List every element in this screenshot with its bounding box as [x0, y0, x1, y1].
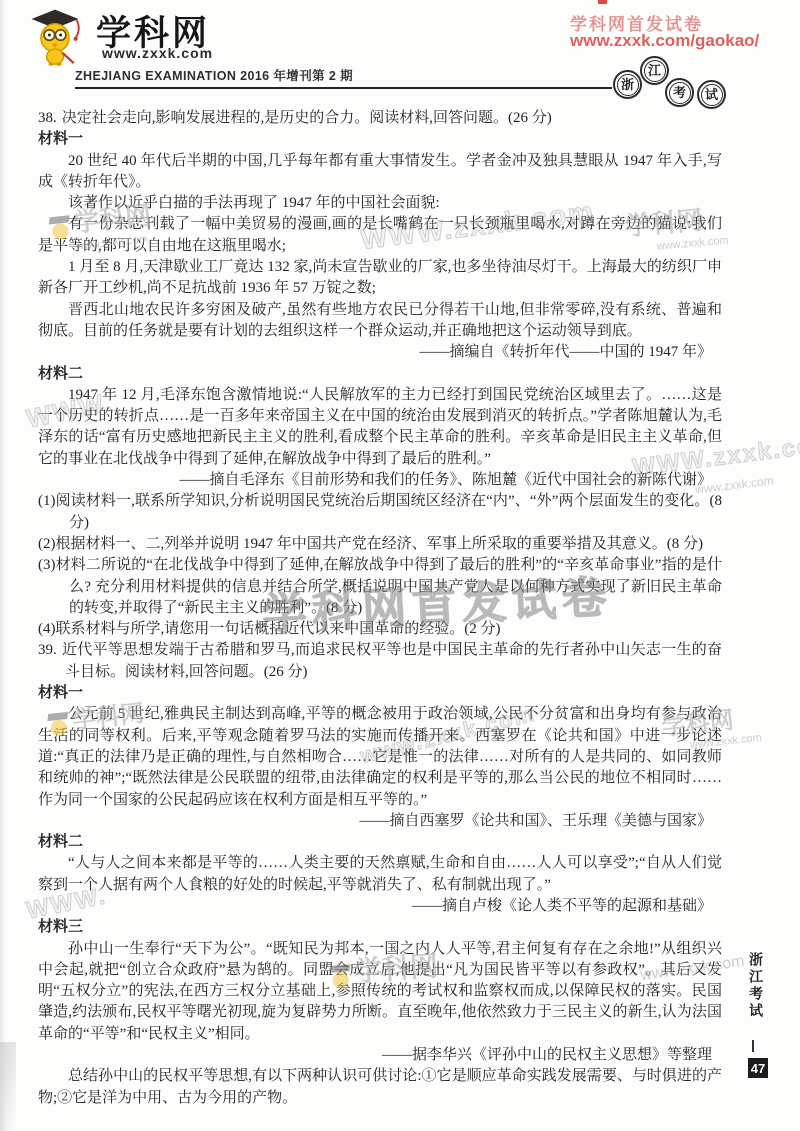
seal-char: 浙	[621, 78, 634, 91]
material-paragraph: 1 月至 8 月,天津歇业工厂竟达 132 家,尚未宣告歇业的厂家,也多坐待油尽…	[38, 257, 722, 300]
sub-question: (3)材料二所说的“在北伐战争中得到了延伸,在解放战争中得到了最后的胜利”的“辛…	[38, 555, 722, 619]
journal-title: ZHEJIANG EXAMINATION 2016 年增刊第 2 期	[75, 66, 353, 84]
material-source: ——摘自毛泽东《目前形势和我们的任务》、陈旭麓《近代中国社会的新陈代谢》	[38, 470, 722, 491]
question-number: 38.	[38, 110, 57, 126]
exam-body: 38.决定社会走向,影响发展进程的,是历史的合力。阅读材料,回答问题。(26 分…	[38, 108, 722, 1109]
material-label: 材料一	[38, 129, 722, 150]
material-paragraph: 有一份杂志刊载了一幅中美贸易的漫画,画的是长嘴鹤在一只长颈瓶里喝水,对蹲在旁边的…	[38, 214, 722, 257]
question-38-stem: 38.决定社会走向,影响发展进程的,是历史的合力。阅读材料,回答问题。(26 分…	[38, 108, 722, 129]
material-paragraph: “人与人之间本来都是平等的……人类主要的天然禀赋,生命和自由……人人可以享受”;…	[38, 853, 722, 896]
material-source: ——摘自卢梭《论人类不平等的起源和基础》	[38, 896, 722, 917]
material-source: ——摘自西塞罗《论共和国》、王乐理《美德与国家》	[38, 811, 722, 832]
scan-red-speck	[598, 0, 607, 4]
page-number: 47	[748, 1058, 768, 1078]
sub-question: (4)联系材料与所学,请您用一句话概括近代以来中国革命的经验。(2 分)	[38, 619, 722, 640]
question-stem-text: 近代平等思想发端于古希腊和罗马,而追求民权平等也是中国民主革命的先行者孙中山矢志…	[62, 642, 722, 679]
material-paragraph: 晋西北山地农民许多穷困及破产,虽然有些地方农民已分得若干山地,但非常零碎,没有系…	[38, 300, 722, 343]
margin-dash	[752, 1040, 754, 1052]
seal-zhe: 浙	[613, 70, 642, 99]
seal-char: 江	[648, 64, 661, 77]
material-paragraph: 20 世纪 40 年代后半期的中国,几乎每年都有重大事情发生。学者金冲及独具慧眼…	[38, 151, 722, 194]
question-39-stem: 39.近代平等思想发端于古希腊和罗马,而追求民权平等也是中国民主革命的先行者孙中…	[38, 640, 722, 683]
closing-paragraph: 总结孙中山的民权平等思想,有以下两种认识可供讨论:①它是顺应革命实践发展需要、与…	[38, 1066, 722, 1109]
material-label: 材料二	[38, 832, 722, 853]
material-paragraph: 公元前 5 世纪,雅典民主制达到高峰,平等的概念被用于政治领域,公民不分贫富和出…	[38, 704, 722, 810]
question-stem-text: 决定社会走向,影响发展进程的,是历史的合力。阅读材料,回答问题。(26 分)	[62, 110, 552, 126]
seal-shi: 试	[697, 80, 726, 109]
seal-jiang: 江	[640, 56, 669, 85]
sub-question: (1)阅读材料一,联系所学知识,分析说明国民党统治后期国统区经济在“内”、“外”…	[38, 491, 722, 534]
zxxk-mascot-icon	[26, 4, 84, 71]
material-label: 材料三	[38, 917, 722, 938]
question-number: 39.	[38, 642, 57, 658]
material-source: ——摘编自《转折年代——中国的 1947 年》	[38, 342, 722, 363]
material-paragraph: 孙中山一生奉行“天下为公”。“既知民为邦本,一国之内人人平等,君主何复有存在之余…	[38, 939, 722, 1045]
scan-corner-shade	[0, 1042, 16, 1131]
promo-line-2: www.zxxk.com/gaokao/	[570, 31, 759, 51]
sub-question: (2)根据材料一、二,列举并说明 1947 年中国共产党在经济、军事上所采取的重…	[38, 534, 722, 555]
exam-page: 学科网 www.zxxk.com 学科网首发试卷 www.zxxk.com/ga…	[0, 0, 800, 1131]
seal-char: 试	[705, 88, 718, 101]
header-rule	[75, 87, 612, 89]
scan-edge-shade	[0, 0, 6, 1131]
material-paragraph: 1947 年 12 月,毛泽东饱含激情地说:“人民解放军的主力已经打到国民党统治…	[38, 385, 722, 470]
seal-char: 考	[673, 86, 686, 99]
material-label: 材料二	[38, 364, 722, 385]
material-paragraph: 该著作以近乎白描的手法再现了 1947 年的中国社会面貌:	[38, 193, 722, 214]
site-logo-url: www.zxxk.com	[102, 45, 213, 61]
material-source: ——据李华兴《评孙中山的民权主义思想》等整理	[38, 1045, 722, 1066]
material-label: 材料一	[38, 683, 722, 704]
margin-journal-label: 浙江考试	[744, 952, 764, 1020]
seal-kao: 考	[665, 78, 694, 107]
